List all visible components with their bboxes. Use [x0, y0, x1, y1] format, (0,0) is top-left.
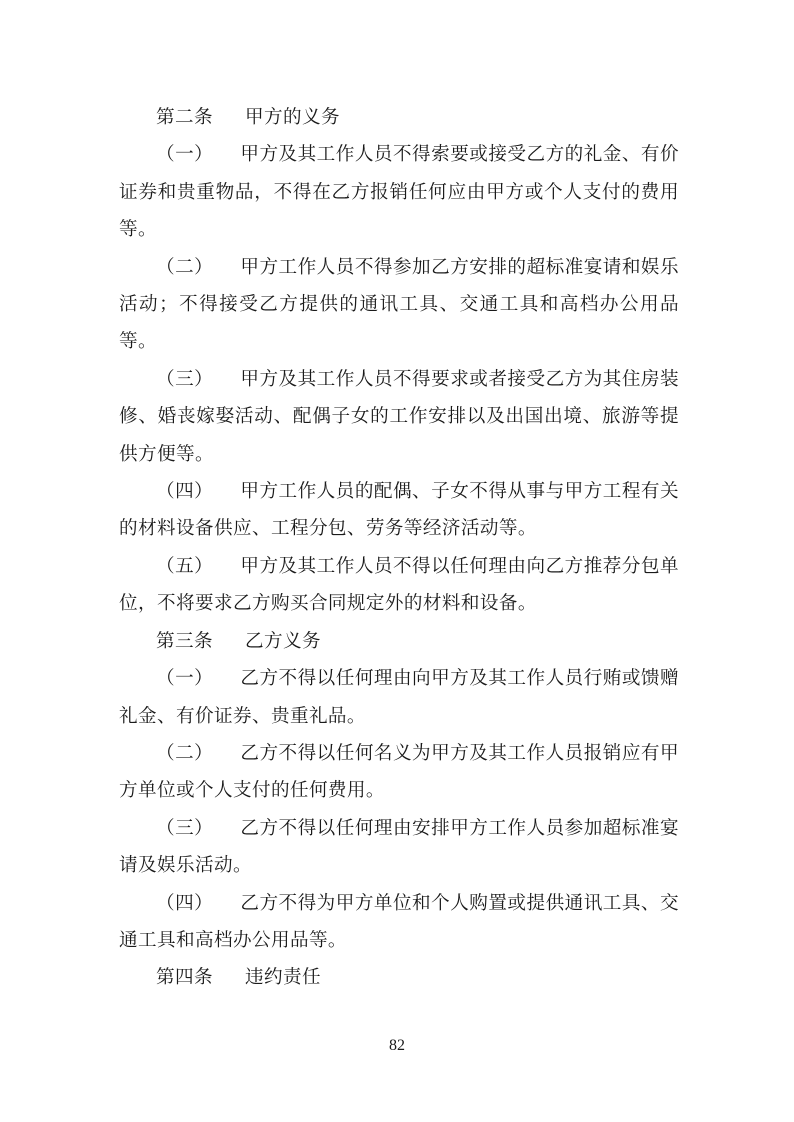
clause-paragraph: （五） 甲方及其工作人员不得以任何理由向乙方推荐分包单位，不将要求乙方购买合同规…: [119, 548, 679, 623]
clause-number: （二）: [156, 257, 213, 278]
clause-number: （三）: [156, 369, 213, 390]
page-number: 82: [0, 1036, 794, 1056]
clause-number: 第三条: [156, 631, 213, 652]
clause-paragraph: （一） 甲方及其工作人员不得索要或接受乙方的礼金、有价证券和贵重物品，不得在乙方…: [119, 136, 679, 248]
clause-paragraph: （一） 乙方不得以任何理由向甲方及其工作人员行贿或馈赠礼金、有价证券、贵重礼品。: [119, 660, 679, 735]
document-body: 第二条 甲方的义务 （一） 甲方及其工作人员不得索要或接受乙方的礼金、有价证券和…: [119, 99, 679, 997]
clause-paragraph: （二） 甲方工作人员不得参加乙方安排的超标准宴请和娱乐活动；不得接受乙方提供的通…: [119, 249, 679, 361]
document-page: 第二条 甲方的义务 （一） 甲方及其工作人员不得索要或接受乙方的礼金、有价证券和…: [0, 0, 794, 1122]
clause-number: （四）: [156, 481, 213, 502]
clause-paragraph: （三） 乙方不得以任何理由安排甲方工作人员参加超标准宴请及娱乐活动。: [119, 810, 679, 885]
clause-paragraph: （二） 乙方不得以任何名义为甲方及其工作人员报销应有甲方单位或个人支付的任何费用…: [119, 735, 679, 810]
clause-number: （一）: [156, 668, 213, 689]
clause-paragraph: （三） 甲方及其工作人员不得要求或者接受乙方为其住房装修、婚丧嫁娶活动、配偶子女…: [119, 361, 679, 473]
clause-title: 违约责任: [245, 967, 321, 988]
clause-number: （三）: [156, 818, 213, 839]
section-heading: 第二条 甲方的义务: [119, 99, 679, 136]
clause-number: 第四条: [156, 967, 213, 988]
clause-number: （四）: [156, 893, 213, 914]
clause-number: （二）: [156, 743, 213, 764]
clause-paragraph: （四） 乙方不得为甲方单位和个人购置或提供通讯工具、交通工具和高档办公用品等。: [119, 885, 679, 960]
clause-number: 第二条: [156, 107, 213, 128]
clause-title: 甲方的义务: [245, 107, 340, 128]
clause-paragraph: （四） 甲方工作人员的配偶、子女不得从事与甲方工程有关的材料设备供应、工程分包、…: [119, 473, 679, 548]
clause-title: 乙方义务: [245, 631, 321, 652]
section-heading: 第四条 违约责任: [119, 959, 679, 996]
section-heading: 第三条 乙方义务: [119, 623, 679, 660]
clause-number: （五）: [156, 556, 213, 577]
clause-number: （一）: [156, 144, 213, 165]
